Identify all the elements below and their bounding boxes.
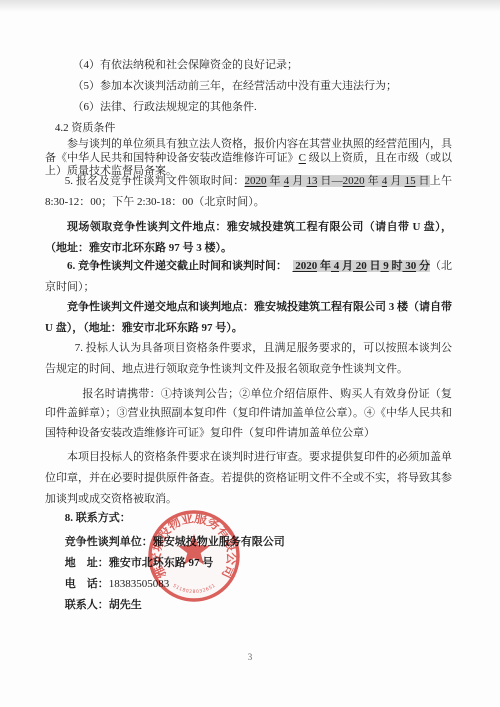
qualification-review-paragraph: 本项目投标人的资格条件要求在谈判时进行审查。要求提供复印件的必须加盖单位印章，并…	[45, 447, 452, 510]
submission-place-paragraph: 竞争性谈判文件递交地点和谈判地点：雅安城投建筑工程有限公司 3 楼（请自带 U …	[45, 297, 452, 339]
highlighted-blank-text: 20	[353, 260, 367, 272]
highlighted-blank-text: 月	[289, 175, 306, 187]
text-run: 地 址：雅安市北环东路 97 号	[65, 557, 214, 569]
highlighted-blank-text: 2020	[245, 175, 267, 187]
highlighted-blank-text: 月	[387, 175, 404, 187]
contact-section-heading: 8. 联系方式：	[45, 508, 452, 529]
highlighted-blank-text: 13	[306, 175, 317, 187]
item-5-document-collection-time: 5. 报名及竞争性谈判文件领取时间：2020 年 4 月 13 日—2020 年…	[45, 171, 452, 213]
highlighted-blank-text: 年	[365, 175, 382, 187]
text-run: 联系人：胡先生	[65, 599, 142, 611]
highlighted-blank-text: 月	[339, 260, 353, 272]
highlighted-blank-text: 9	[381, 260, 389, 272]
condition-item-6: （6）法律、行政法规规定的其他条件.	[45, 97, 452, 117]
highlighted-blank-text: 4	[331, 260, 339, 272]
section-heading-4-2: 4.2 资质条件	[45, 118, 452, 138]
registration-bring-paragraph: 报名时请携带：①持谈判公告；②单位介绍信原件、购买人有效身份证（复印件盖鲜章）；…	[45, 385, 452, 444]
document-body: （4）有依法纳税和社会保障资金的良好记录；（5）参加本次谈判活动前三年，在经营活…	[0, 0, 500, 616]
contact-unit-line: 竞争性谈判单位：雅安城投物业服务有限公司	[45, 532, 452, 553]
highlighted-blank-text: 年	[267, 175, 284, 187]
item-7-bidder-eligibility: 7. 投标人认为具备项目资格条件要求，且满足服务要求的，可以按照本谈判公告规定的…	[45, 338, 452, 380]
highlighted-blank-text: 分	[416, 260, 430, 272]
text-run: 本项目投标人的资格条件要求在谈判时进行审查。要求提供复印件的必须加盖单位印章，并…	[45, 451, 452, 505]
collection-place-paragraph: 现场领取竞争性谈判文件地点：雅安城投建筑工程有限公司（请自带 U 盘），（地址：…	[45, 217, 452, 259]
contact-address-line: 地 址：雅安市北环东路 97 号	[45, 553, 452, 574]
highlighted-blank-text: 年	[317, 260, 331, 272]
highlighted-blank-text: 日—	[317, 175, 342, 187]
text-run: （6）法律、行政法规规定的其他条件.	[73, 101, 257, 113]
highlighted-blank-text: 时	[389, 260, 403, 272]
underlined-text: C	[299, 152, 306, 164]
highlighted-blank-text: 15	[405, 175, 416, 187]
condition-item-4: （4）有依法纳税和社会保障资金的良好记录；	[45, 55, 452, 75]
text-run: （4）有依法纳税和社会保障资金的良好记录；	[73, 59, 299, 71]
text-run: 8. 联系方式：	[65, 512, 131, 524]
highlighted-blank-text: 日	[367, 260, 381, 272]
page-number: 3	[0, 652, 500, 662]
scanned-document-page: （4）有依法纳税和社会保障资金的良好记录；（5）参加本次谈判活动前三年，在经营活…	[0, 0, 500, 707]
contact-person-line: 联系人：胡先生	[45, 595, 452, 616]
text-run: 报名时请携带：①持谈判公告；②单位介绍信原件、购买人有效身份证（复印件盖鲜章）；…	[45, 388, 452, 439]
text-run: 竞争性谈判文件递交地点和谈判地点：雅安城投建筑工程有限公司 3 楼（请自带 U …	[45, 301, 455, 334]
highlighted-blank-text: 2020	[293, 260, 318, 272]
highlighted-blank-text: 日	[416, 175, 430, 187]
contact-phone-line: 电 话：18383505083	[45, 574, 452, 595]
text-run: 电 话：	[65, 578, 109, 590]
text-run: 7. 投标人认为具备项目资格条件要求，且满足服务要求的，可以按照本谈判公告规定的…	[45, 342, 452, 375]
highlighted-blank-text: 30	[403, 260, 417, 272]
text-run: 竞争性谈判单位：雅安城投物业服务有限公司	[65, 536, 285, 548]
item-6-submission-deadline: 6. 竞争性谈判文件递交截止时间和谈判时间： 2020 年 4 月 20 日 9…	[45, 256, 452, 298]
text-run: 18383505083	[109, 578, 170, 590]
text-run: 现场领取竞争性谈判文件地点：雅安城投建筑工程有限公司（请自带 U 盘），（地址：…	[45, 221, 452, 254]
text-run: 5. 报名及竞争性谈判文件领取时间：	[65, 175, 245, 187]
text-run: （5）参加本次谈判活动前三年，在经营活动中没有重大违法行为；	[73, 80, 398, 92]
text-run: 4.2 资质条件	[55, 122, 116, 134]
text-run	[282, 260, 293, 272]
condition-item-5: （5）参加本次谈判活动前三年，在经营活动中没有重大违法行为；	[45, 76, 452, 96]
highlighted-blank-text: 2020	[343, 175, 365, 187]
text-run: 6. 竞争性谈判文件递交截止时间和谈判时间：	[67, 260, 282, 272]
